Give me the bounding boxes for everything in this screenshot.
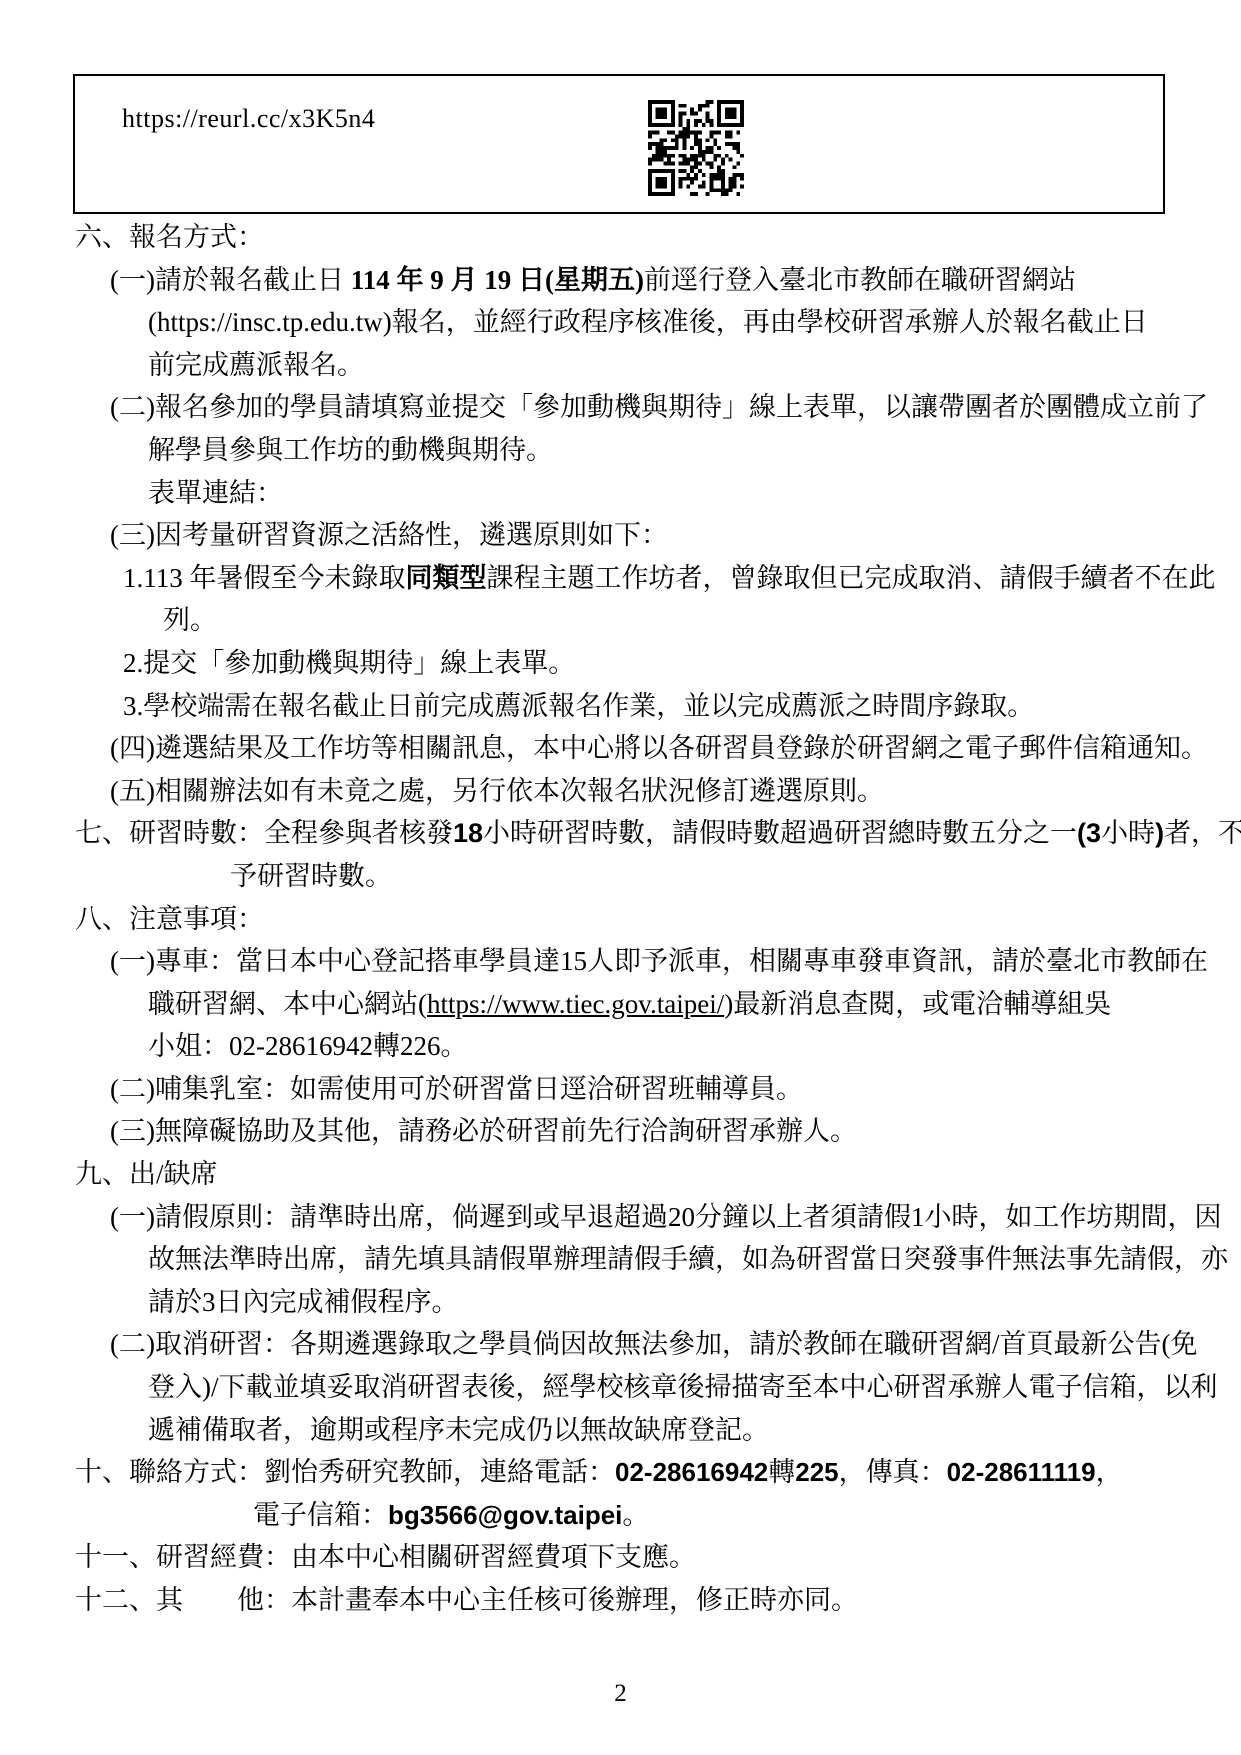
text-segment: (二)取消研習：各期遴選錄取之學員倘因故無法參加，請於教師在職研習網/首頁最新公… [110, 1329, 1197, 1359]
text-segment: 解學員參與工作坊的動機與期待。 [148, 435, 553, 465]
text-segment: 小姐：02-28616942轉226。 [148, 1031, 468, 1061]
doc-line: (三)無障礙協助及其他，請務必於研習前先行洽詢研習承辦人。 [0, 1110, 1241, 1153]
doc-line: 十、聯絡方式：劉怡秀研究教師，連絡電話：02-28616942轉225，傳真：0… [0, 1451, 1241, 1494]
doc-line: 十二、其 他：本計畫奉本中心主任核可後辦理，修正時亦同。 [0, 1579, 1241, 1622]
doc-line: (五)相關辦法如有未竟之處，另行依本次報名狀況修訂遴選原則。 [0, 770, 1241, 813]
text-segment: 八、注意事項： [75, 904, 264, 934]
page-number: 2 [0, 1680, 1241, 1708]
text-segment: 表單連結： [148, 478, 283, 508]
text-segment: 02-28616942 [615, 1457, 768, 1487]
text-segment: 1.113 年暑假至今未錄取 [123, 563, 406, 593]
doc-line: 解學員參與工作坊的動機與期待。 [0, 429, 1241, 472]
inline-link[interactable]: https://www.tiec.gov.taipei/ [427, 989, 724, 1019]
doc-line: (二)哺集乳室：如需使用可於研習當日逕洽研習班輔導員。 [0, 1068, 1241, 1111]
doc-line: 請於3日內完成補假程序。 [0, 1281, 1241, 1324]
text-segment: 請於3日內完成補假程序。 [148, 1287, 459, 1317]
text-segment: 予研習時數。 [230, 861, 392, 891]
text-segment: )最新消息查閱，或電洽輔導組吳 [724, 989, 1111, 1019]
text-segment: (一)請假原則：請準時出席，倘遲到或早退超過20分鐘以上者須請假1小時，如工作坊… [110, 1202, 1221, 1232]
text-segment: 。 [622, 1500, 649, 1530]
text-segment: bg3566@gov.taipei [388, 1500, 622, 1530]
text-segment: 轉 [768, 1457, 795, 1487]
qr-code-icon [648, 100, 744, 196]
doc-line: 職研習網、本中心網站(https://www.tiec.gov.taipei/)… [0, 983, 1241, 1026]
text-segment: 十一、研習經費：由本中心相關研習經費項下支應。 [75, 1542, 696, 1572]
doc-line: (三)因考量研習資源之活絡性，遴選原則如下： [0, 514, 1241, 557]
text-segment: ， [1096, 1457, 1123, 1487]
document-body: 六、報名方式：(一)請於報名截止日 114 年 9 月 19 日(星期五)前逕行… [0, 216, 1241, 1622]
text-segment: 114 年 9 月 19 日(星期五) [351, 265, 644, 295]
text-segment: (一)專車：當日本中心登記搭車學員達15人即予派車，相關專車發車資訊，請於臺北市… [110, 946, 1208, 976]
text-segment: 列。 [163, 605, 217, 635]
text-segment: 者，不核 [1164, 818, 1241, 848]
text-segment: (https://insc.tp.edu.tw)報名，並經行政程序核准後，再由學… [148, 307, 1148, 337]
doc-line: 登入)/下載並填妥取消研習表後，經學校核章後掃描寄至本中心研習承辦人電子信箱，以… [0, 1366, 1241, 1409]
doc-line: (二)報名參加的學員請填寫並提交「參加動機與期待」線上表單，以讓帶團者於團體成立… [0, 386, 1241, 429]
doc-line: 八、注意事項： [0, 898, 1241, 941]
doc-line: 小姐：02-28616942轉226。 [0, 1025, 1241, 1068]
registration-link-box: https://reurl.cc/x3K5n4 [73, 74, 1165, 214]
doc-line: 六、報名方式： [0, 216, 1241, 259]
text-segment: 小時 [1101, 818, 1155, 848]
doc-line: (一)請於報名截止日 114 年 9 月 19 日(星期五)前逕行登入臺北市教師… [0, 259, 1241, 302]
doc-line: 表單連結： [0, 472, 1241, 515]
text-segment: 七、研習時數：全程參與者核發 [75, 818, 453, 848]
doc-line: 故無法準時出席，請先填具請假單辦理請假手續，如為研習當日突發事件無法事先請假，亦 [0, 1238, 1241, 1281]
text-segment: 18 [453, 818, 483, 848]
text-segment: 前逕行登入臺北市教師在職研習網站 [644, 265, 1076, 295]
text-segment: (三)因考量研習資源之活絡性，遴選原則如下： [110, 520, 668, 550]
doc-line: (一)專車：當日本中心登記搭車學員達15人即予派車，相關專車發車資訊，請於臺北市… [0, 940, 1241, 983]
text-segment: 登入)/下載並填妥取消研習表後，經學校核章後掃描寄至本中心研習承辦人電子信箱，以… [148, 1372, 1218, 1402]
doc-line: 予研習時數。 [0, 855, 1241, 898]
doc-line: (四)遴選結果及工作坊等相關訊息，本中心將以各研習員登錄於研習網之電子郵件信箱通… [0, 727, 1241, 770]
doc-line: 列。 [0, 599, 1241, 642]
text-segment: 九、出/缺席 [75, 1159, 218, 1189]
text-segment: 十二、其 他：本計畫奉本中心主任核可後辦理，修正時亦同。 [75, 1585, 858, 1615]
text-segment: 電子信箱： [253, 1500, 388, 1530]
text-segment: ，傳真： [839, 1457, 947, 1487]
doc-line: 前完成薦派報名。 [0, 344, 1241, 387]
text-segment: (3 [1077, 818, 1101, 848]
text-segment: 225 [795, 1457, 838, 1487]
doc-line: (二)取消研習：各期遴選錄取之學員倘因故無法參加，請於教師在職研習網/首頁最新公… [0, 1323, 1241, 1366]
doc-line: (一)請假原則：請準時出席，倘遲到或早退超過20分鐘以上者須請假1小時，如工作坊… [0, 1196, 1241, 1239]
doc-line: 3.學校端需在報名截止日前完成薦派報名作業，並以完成薦派之時間序錄取。 [0, 685, 1241, 728]
doc-line: 2.提交「參加動機與期待」線上表單。 [0, 642, 1241, 685]
doc-line: 十一、研習經費：由本中心相關研習經費項下支應。 [0, 1536, 1241, 1579]
doc-line: (https://insc.tp.edu.tw)報名，並經行政程序核准後，再由學… [0, 301, 1241, 344]
text-segment: (一)請於報名截止日 [110, 265, 351, 295]
text-segment: (二)報名參加的學員請填寫並提交「參加動機與期待」線上表單，以讓帶團者於團體成立… [110, 392, 1208, 422]
text-segment: 同類型 [406, 563, 487, 593]
text-segment: 職研習網、本中心網站( [148, 989, 427, 1019]
doc-line: 七、研習時數：全程參與者核發18小時研習時數，請假時數超過研習總時數五分之一(3… [0, 812, 1241, 855]
doc-line: 九、出/缺席 [0, 1153, 1241, 1196]
text-segment: 故無法準時出席，請先填具請假單辦理請假手續，如為研習當日突發事件無法事先請假，亦 [148, 1244, 1228, 1274]
text-segment: 3.學校端需在報名截止日前完成薦派報名作業，並以完成薦派之時間序錄取。 [123, 691, 1034, 721]
registration-url: https://reurl.cc/x3K5n4 [122, 104, 375, 134]
text-segment: 02-28611119 [947, 1457, 1096, 1487]
doc-line: 電子信箱：bg3566@gov.taipei。 [0, 1494, 1241, 1537]
text-segment: 六、報名方式： [75, 222, 264, 252]
text-segment: (五)相關辦法如有未竟之處，另行依本次報名狀況修訂遴選原則。 [110, 776, 884, 806]
text-segment: 2.提交「參加動機與期待」線上表單。 [123, 648, 575, 678]
text-segment: ) [1155, 818, 1164, 848]
doc-line: 遞補備取者，逾期或程序未完成仍以無故缺席登記。 [0, 1409, 1241, 1452]
text-segment: 課程主題工作坊者，曾錄取但已完成取消、請假手續者不在此 [487, 563, 1216, 593]
text-segment: 前完成薦派報名。 [148, 350, 364, 380]
document-page: https://reurl.cc/x3K5n4 六、報名方式：(一)請於報名截止… [0, 0, 1241, 1755]
text-segment: (四)遴選結果及工作坊等相關訊息，本中心將以各研習員登錄於研習網之電子郵件信箱通… [110, 733, 1208, 763]
text-segment: 遞補備取者，逾期或程序未完成仍以無故缺席登記。 [148, 1415, 769, 1445]
text-segment: (二)哺集乳室：如需使用可於研習當日逕洽研習班輔導員。 [110, 1074, 803, 1104]
text-segment: 十、聯絡方式：劉怡秀研究教師，連絡電話： [75, 1457, 615, 1487]
text-segment: (三)無障礙協助及其他，請務必於研習前先行洽詢研習承辦人。 [110, 1116, 857, 1146]
text-segment: 小時研習時數，請假時數超過研習總時數五分之一 [483, 818, 1077, 848]
doc-line: 1.113 年暑假至今未錄取同類型課程主題工作坊者，曾錄取但已完成取消、請假手續… [0, 557, 1241, 600]
